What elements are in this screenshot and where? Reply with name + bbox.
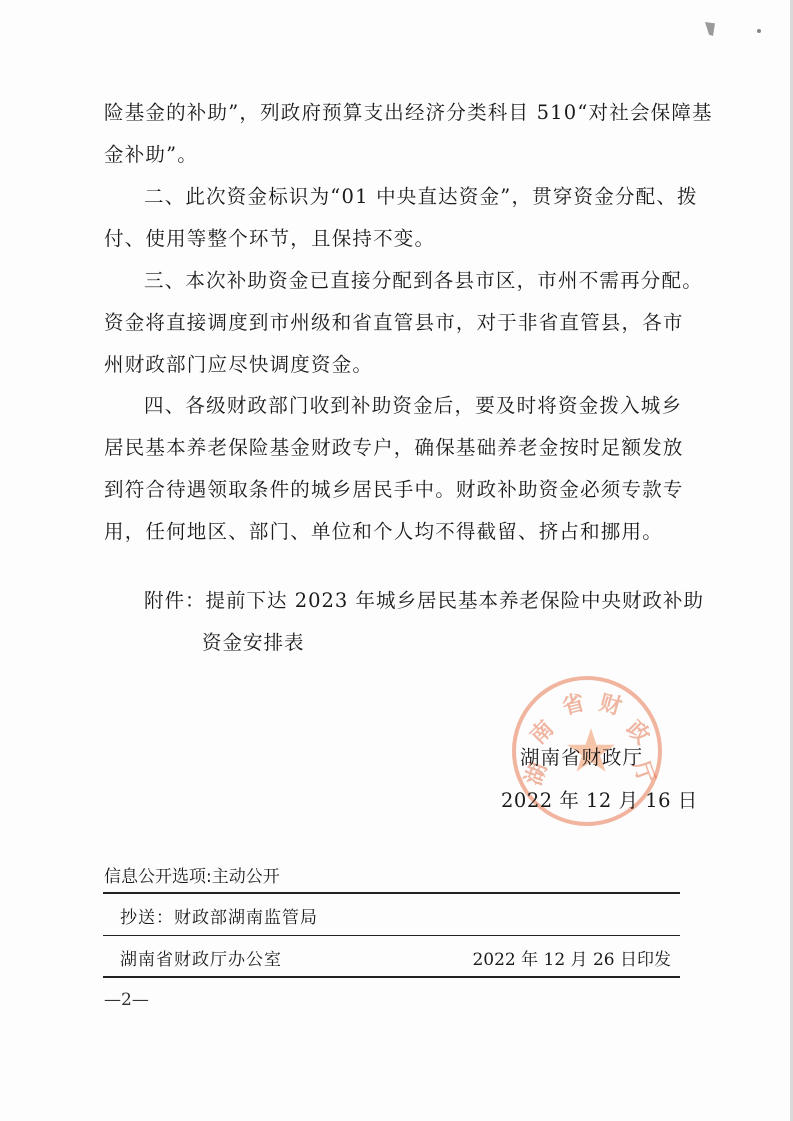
- text-line: 四、各级财政部门收到补助资金后，要及时将资金拨入城乡: [104, 385, 694, 427]
- page-number: —2—: [104, 990, 149, 1010]
- scan-artifact-dot: [757, 29, 761, 33]
- document-page: 险基金的补助”，列政府预算支出经济分类科目 510“对社会保障基 金补助”。 二…: [0, 0, 793, 1121]
- attachment-title: 提前下达 2023 年城乡居民基本养老保险中央财政补助: [206, 589, 705, 612]
- text-line: 资金将直接调度到市州级和省直管县市，对于非省直管县，各市: [104, 302, 694, 344]
- text-line: 金补助”。: [104, 134, 694, 176]
- paragraph-3: 三、本次补助资金已直接分配到各县市区，市州不需再分配。 资金将直接调度到市州级和…: [104, 260, 694, 386]
- divider: [103, 892, 680, 894]
- issue-date: 2022 年 12 月 26 日印发: [472, 945, 671, 970]
- text-line: 险基金的补助”，列政府预算支出经济分类科目 510“对社会保障基: [104, 92, 694, 134]
- text-line: 居民基本养老保险基金财政专户，确保基础养老金按时足额发放: [104, 427, 694, 469]
- attachment-title-cont: 资金安排表: [144, 622, 704, 664]
- issuing-office: 湖南省财政厅办公室: [120, 945, 282, 970]
- attachment-label: 附件：: [144, 589, 206, 612]
- divider: [103, 935, 680, 936]
- signature-date: 2022 年 12 月 16 日: [501, 785, 698, 813]
- cc-line: 抄送：财政部湖南监管局: [120, 903, 318, 928]
- disclosure-option: 信息公开选项:主动公开: [104, 862, 280, 887]
- text-line: 州财政部门应尽快调度资金。: [104, 344, 694, 386]
- attachment-section: 附件：提前下达 2023 年城乡居民基本养老保险中央财政补助 资金安排表: [144, 580, 704, 664]
- text-line: 二、此次资金标识为“01 中央直达资金”，贯穿资金分配、拨: [104, 176, 694, 218]
- paragraph-continuation: 险基金的补助”，列政府预算支出经济分类科目 510“对社会保障基 金补助”。: [104, 92, 694, 176]
- divider: [103, 976, 680, 978]
- text-line: 三、本次补助资金已直接分配到各县市区，市州不需再分配。: [104, 260, 694, 302]
- issuer-name: 湖南省财政厅: [520, 742, 643, 770]
- text-line: 用，任何地区、部门、单位和个人均不得截留、挤占和挪用。: [104, 511, 694, 553]
- paragraph-2: 二、此次资金标识为“01 中央直达资金”，贯穿资金分配、拨 付、使用等整个环节，…: [104, 176, 694, 260]
- scan-artifact: [705, 22, 715, 36]
- paragraph-4: 四、各级财政部门收到补助资金后，要及时将资金拨入城乡 居民基本养老保险基金财政专…: [104, 385, 694, 553]
- text-line: 付、使用等整个环节，且保持不变。: [104, 218, 694, 260]
- text-line: 到符合待遇领取条件的城乡居民手中。财政补助资金必须专款专: [104, 469, 694, 511]
